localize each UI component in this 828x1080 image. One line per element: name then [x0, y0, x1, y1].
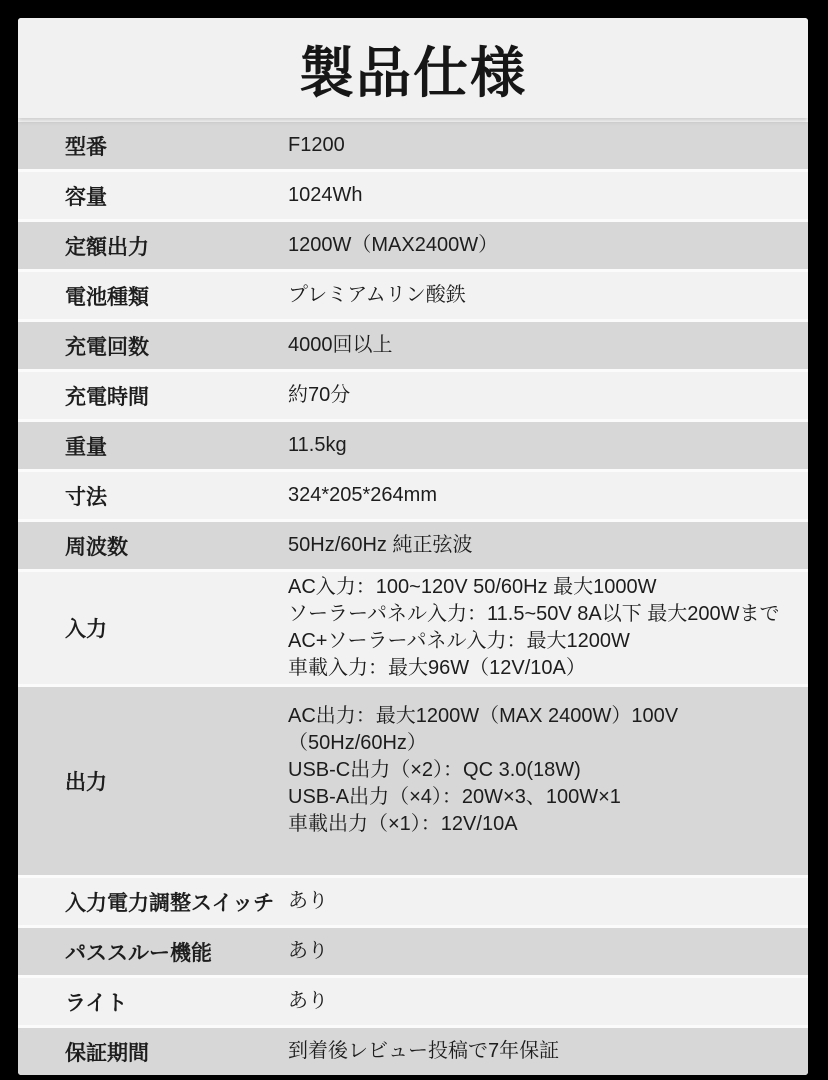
table-row: 重量 11.5kg — [18, 422, 808, 469]
row-value-line: あり — [288, 988, 796, 1015]
row-label: 容量 — [18, 172, 288, 219]
row-values: 約70分 — [288, 372, 808, 419]
row-value-line: USB-A出力（×4）：20W×3、100W×1 — [288, 784, 796, 811]
row-value-line: 4000回以上 — [288, 332, 796, 359]
row-values: プレミアムリン酸鉄 — [288, 272, 808, 319]
row-label: 電池種類 — [18, 272, 288, 319]
row-value-line: 324*205*264mm — [288, 482, 796, 509]
table-row: ライト あり — [18, 978, 808, 1025]
row-values: AC出力：最大1200W（MAX 2400W）100V（50Hz/60Hz）US… — [288, 687, 808, 875]
row-label: 充電回数 — [18, 322, 288, 369]
row-values: 324*205*264mm — [288, 472, 808, 519]
row-values: あり — [288, 978, 808, 1025]
table-row: 保証期間 到着後レビュー投稿で7年保証 — [18, 1028, 808, 1075]
row-value-line: AC入力：100~120V 50/60Hz 最大1000W — [288, 574, 796, 601]
row-value-line: 到着後レビュー投稿で7年保証 — [288, 1038, 796, 1065]
row-value-line: 50Hz/60Hz 純正弦波 — [288, 532, 796, 559]
row-values: 1200W（MAX2400W） — [288, 222, 808, 269]
table-row: 充電回数 4000回以上 — [18, 322, 808, 369]
row-label: 重量 — [18, 422, 288, 469]
row-label: 入力電力調整スイッチ — [18, 878, 288, 925]
row-values: 1024Wh — [288, 172, 808, 219]
row-value-line: ソーラーパネル入力：11.5~50V 8A以下 最大200Wまで — [288, 601, 796, 628]
row-values: 到着後レビュー投稿で7年保証 — [288, 1028, 808, 1075]
row-value-line: 約70分 — [288, 382, 796, 409]
row-value-line: 車載入力：最大96W（12V/10A） — [288, 655, 796, 682]
row-value-line: 11.5kg — [288, 432, 796, 459]
page-title: 製品仕様 — [299, 29, 527, 108]
row-label: 型番 — [18, 122, 288, 169]
row-values: 50Hz/60Hz 純正弦波 — [288, 522, 808, 569]
row-value-line: あり — [288, 938, 796, 965]
row-label: 寸法 — [18, 472, 288, 519]
table-row: 容量 1024Wh — [18, 172, 808, 219]
table-row: パススルー機能 あり — [18, 928, 808, 975]
table-row: 入力電力調整スイッチ あり — [18, 878, 808, 925]
row-label: 周波数 — [18, 522, 288, 569]
row-label: 保証期間 — [18, 1028, 288, 1075]
row-value-line: 車載出力（×1）：12V/10A — [288, 811, 796, 838]
row-label: パススルー機能 — [18, 928, 288, 975]
row-label: 入力 — [18, 572, 288, 684]
row-label: 充電時間 — [18, 372, 288, 419]
row-values: 4000回以上 — [288, 322, 808, 369]
row-values: F1200 — [288, 122, 808, 169]
table-row: 寸法 324*205*264mm — [18, 472, 808, 519]
spec-sheet: 製品仕様 型番 F1200 容量 1024Wh 定額出力 1200W（MAX24… — [0, 0, 828, 1080]
row-value-line: AC+ソーラーパネル入力：最大1200W — [288, 628, 796, 655]
table-row: 出力 AC出力：最大1200W（MAX 2400W）100V（50Hz/60Hz… — [18, 687, 808, 875]
row-label: 定額出力 — [18, 222, 288, 269]
row-value-line: プレミアムリン酸鉄 — [288, 282, 796, 309]
spec-table: 型番 F1200 容量 1024Wh 定額出力 1200W（MAX2400W） … — [18, 122, 808, 1075]
table-row: 周波数 50Hz/60Hz 純正弦波 — [18, 522, 808, 569]
row-value-line: AC出力：最大1200W（MAX 2400W）100V（50Hz/60Hz） — [288, 703, 796, 757]
spec-card: 製品仕様 型番 F1200 容量 1024Wh 定額出力 1200W（MAX24… — [18, 18, 808, 1075]
row-label: ライト — [18, 978, 288, 1025]
table-row: 定額出力 1200W（MAX2400W） — [18, 222, 808, 269]
row-value-line: USB-C出力（×2）：QC 3.0(18W) — [288, 757, 796, 784]
row-values: あり — [288, 878, 808, 925]
table-row: 入力 AC入力：100~120V 50/60Hz 最大1000Wソーラーパネル入… — [18, 572, 808, 684]
spec-header: 製品仕様 — [18, 18, 808, 118]
table-row: 充電時間 約70分 — [18, 372, 808, 419]
row-values: あり — [288, 928, 808, 975]
row-value-line: 1024Wh — [288, 182, 796, 209]
row-value-line: 1200W（MAX2400W） — [288, 232, 796, 259]
row-values: AC入力：100~120V 50/60Hz 最大1000Wソーラーパネル入力：1… — [288, 572, 808, 684]
table-row: 型番 F1200 — [18, 122, 808, 169]
row-values: 11.5kg — [288, 422, 808, 469]
row-value-line: あり — [288, 888, 796, 915]
row-value-line: F1200 — [288, 132, 796, 159]
table-row: 電池種類 プレミアムリン酸鉄 — [18, 272, 808, 319]
row-label: 出力 — [18, 687, 288, 875]
